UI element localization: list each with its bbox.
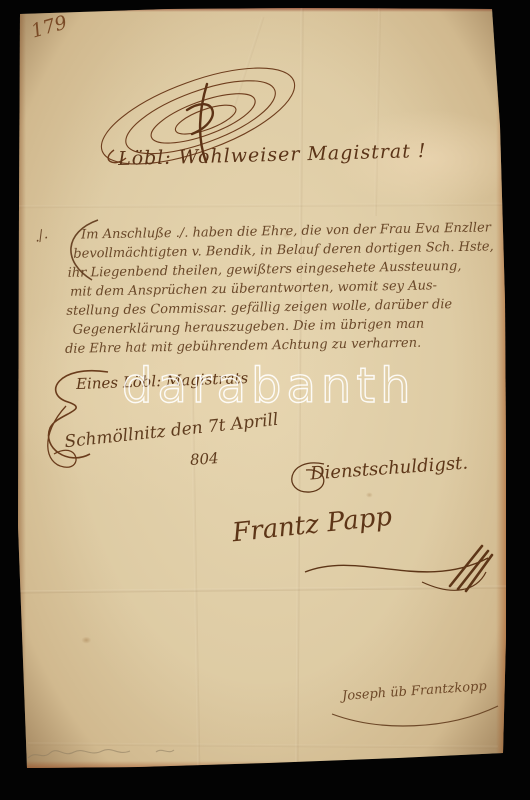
valediction: Dienstschuldigst. bbox=[309, 453, 468, 485]
vertical-crease-top-right bbox=[374, 6, 381, 216]
darabanth-watermark: darabanth bbox=[122, 358, 416, 414]
vertical-fold-crease-left bbox=[191, 386, 201, 770]
signature-paraph bbox=[300, 540, 496, 596]
photo-background: { "scene": { "background_color": "#03030… bbox=[0, 0, 530, 800]
margin-mark: ./. bbox=[32, 226, 50, 246]
year: 804 bbox=[189, 449, 219, 469]
horizontal-crease-upper bbox=[18, 203, 506, 209]
countersignature: Joseph üb Frantzkopp bbox=[342, 679, 488, 704]
countersignature-underline bbox=[328, 702, 504, 734]
body-text: Im Anschluße ./. haben die Ehre, die von… bbox=[59, 218, 511, 359]
page-number: 179 bbox=[29, 11, 70, 42]
pencil-inscription bbox=[26, 742, 196, 764]
